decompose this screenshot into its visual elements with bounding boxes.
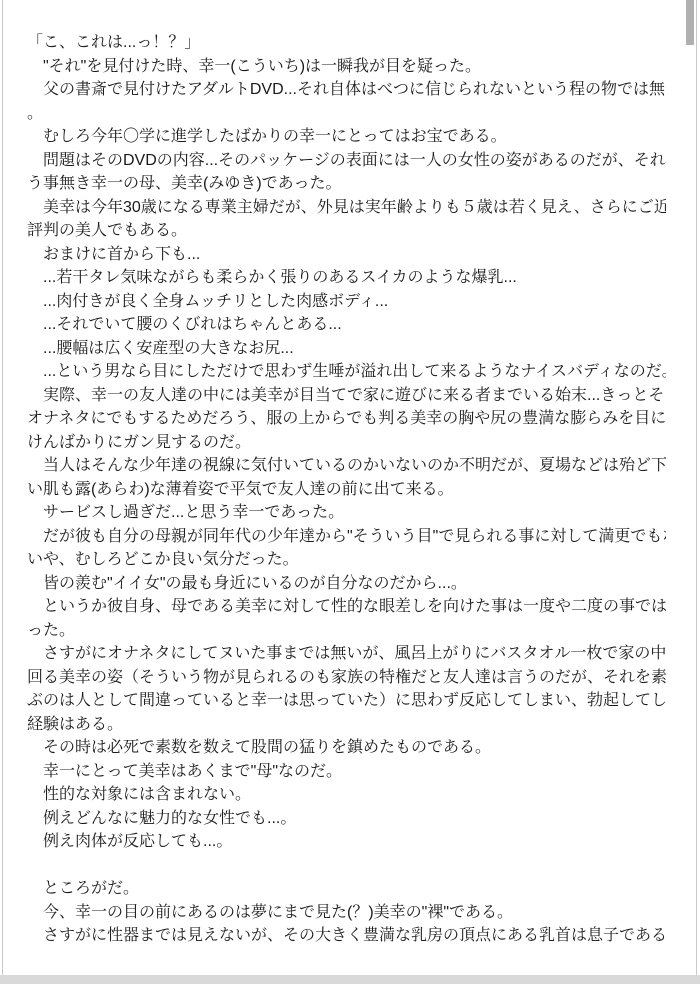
text-line: おまけに首から下も...	[27, 243, 666, 267]
text-line: ...腰幅は広く安産型の大きなお尻...	[27, 337, 666, 361]
text-line: 当人はそんな少年達の視線に気付いているのかいないのか不明だが、夏場などは殆ど下着…	[27, 454, 666, 478]
text-line: 経験はある。	[27, 713, 666, 737]
text-line: 父の書斎で見付けたアダルトDVD...それ自体はべつに信じられないという程の物で…	[27, 78, 666, 102]
text-line: 今、幸一の目の前にあるのは夢にまで見た(？)美幸の"裸"である。	[27, 901, 666, 925]
text-line: 幸一にとって美幸はあくまで"母"なのだ。	[27, 760, 666, 784]
text-line: ぶのは人として間違っていると幸一は思っていた）に思わず反応してしまい、勃起してし…	[27, 689, 666, 713]
content-frame: 「こ、これは...っ！？」 "それ"を見付けた時、幸一(こういち)は一瞬我が目を…	[2, 0, 697, 975]
text-line: 例えどんなに魅力的な女性でも...。	[27, 807, 666, 831]
text-line: むしろ今年〇学に進学したばかりの幸一にとってはお宝である。	[27, 125, 666, 149]
scrollbar[interactable]	[685, 0, 695, 984]
page-viewport: 「こ、これは...っ！？」 "それ"を見付けた時、幸一(こういち)は一瞬我が目を…	[0, 0, 700, 984]
text-line: 美幸は今年30歳になる専業主婦だが、外見は実年齢よりも５歳は若く見え、さらにご近…	[27, 196, 666, 220]
text-line: ...という男なら目にしただけで思わず生唾が溢れ出して来るようなナイスバディなの…	[27, 360, 666, 384]
text-line: 例え肉体が反応しても...。	[27, 830, 666, 854]
text-line: 評判の美人でもある。	[27, 219, 666, 243]
text-line: 皆の羨む"イイ女"の最も身近にいるのが自分なのだから...。	[27, 572, 666, 596]
text-line: さすがに性器までは見えないが、その大きく豊満な乳房の頂点にある乳首は息子である幸…	[27, 924, 666, 948]
document-text: 「こ、これは...っ！？」 "それ"を見付けた時、幸一(こういち)は一瞬我が目を…	[27, 31, 666, 948]
text-line: サービスし過ぎだ...と思う幸一であった。	[27, 501, 666, 525]
text-line: った。	[27, 619, 666, 643]
text-line: けんばかりにガン見するのだ。	[27, 431, 666, 455]
text-line: ...肉付きが良く全身ムッチリとした肉感ボディ...	[27, 290, 666, 314]
text-line: "それ"を見付けた時、幸一(こういち)は一瞬我が目を疑った。	[27, 55, 666, 79]
text-line: ...若干タレ気味ながらも柔らかく張りのあるスイカのような爆乳...	[27, 266, 666, 290]
text-line: だが彼も自分の母親が同年代の少年達から"そういう目"で見られる事に対して満更でも…	[27, 525, 666, 549]
text-line: ところがだ。	[27, 877, 666, 901]
text-line: さすがにオナネタにしてヌいた事までは無いが、風呂上がりにバスタオル一枚で家の中を…	[27, 642, 666, 666]
text-line: 「こ、これは...っ！？」	[27, 31, 666, 55]
scrollbar-thumb[interactable]	[686, 0, 694, 45]
text-line: いや、むしろどこか良い気分だった。	[27, 548, 666, 572]
text-line: 問題はそのDVDの内容...そのパッケージの表面には一人の女性の姿があるのだが、…	[27, 149, 666, 173]
text-line: 回る美幸の姿（そういう物が見られるのも家族の特権だと友人達は言うのだが、それを素…	[27, 666, 666, 690]
text-line: い肌も露(あらわ)な薄着姿で平気で友人達の前に出て来る。	[27, 478, 666, 502]
text-line: 。	[27, 102, 666, 126]
text-line: 実際、幸一の友人達の中には美幸が目当てで家に遊びに来る者までいる始末...きっと…	[27, 384, 666, 408]
text-line: その時は必死で素数を数えて股間の猛りを鎮めたものである。	[27, 736, 666, 760]
text-line: というか彼自身、母である美幸に対して性的な眼差しを向けた事は一度や二度の事ではな…	[27, 595, 666, 619]
text-line	[27, 854, 666, 878]
page-bottom-edge	[0, 975, 700, 984]
text-line: 性的な対象には含まれない。	[27, 783, 666, 807]
text-line: ...それでいて腰のくびれはちゃんとある...	[27, 313, 666, 337]
text-line: オナネタにでもするためだろう、服の上からでも判る美幸の胸や尻の豊満な膨らみを目に…	[27, 407, 666, 431]
text-line: う事無き幸一の母、美幸(みゆき)であった。	[27, 172, 666, 196]
